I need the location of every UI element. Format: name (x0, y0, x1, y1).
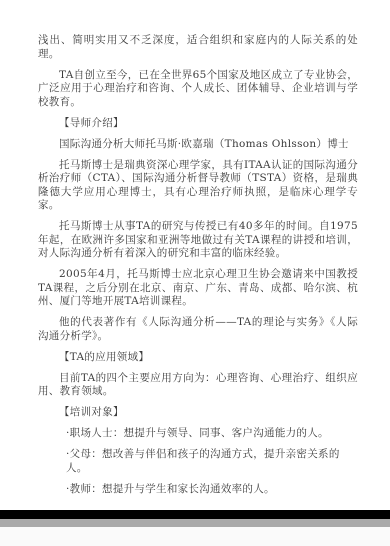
paragraph-ta-history: TA自创立至今，已在全世界65个国家及地区成立了专业协会，广泛应用于心理治疗和咨… (38, 69, 358, 110)
paragraph-instructor-publications: 他的代表著作有《人际沟通分析——TA的理论与实务》《人际沟通分析学》。 (38, 316, 358, 343)
below-page-area (0, 527, 390, 546)
paragraph-ta-application-directions: 目前TA的四个主要应用方向为：心理咨询、心理治疗、组织应用、教育领域。 (38, 372, 358, 399)
paragraph-instructor-credentials: 托马斯博士是瑞典资深心理学家，具有ITAA认证的国际沟通分析治疗师（CTA）、国… (38, 159, 358, 213)
paragraph-instructor-china-courses: 2005年4月，托马斯博士应北京心理卫生协会邀请来中国教授TA课程，之后分别在北… (38, 268, 358, 309)
bullet-item-professionals: ·职场人士：想提升与领导、同事、客户沟通能力的人。 (38, 427, 358, 441)
document-page: 浅出、简明实用又不乏深度，适合组织和家庭内的人际关系的处理。 TA自创立至今，已… (0, 0, 390, 510)
paragraph-instructor-experience: 托马斯博士从事TA的研究与传授已有40多年的时间。自1975年起，在欧洲许多国家… (38, 220, 358, 261)
paragraph-instructor-name: 国际沟通分析大师托马斯·欧嘉瑞（Thomas Ohlsson）博士 (38, 138, 358, 152)
section-heading-instructor-intro: 【导师介绍】 (38, 117, 358, 131)
paragraph-continuation: 浅出、简明实用又不乏深度，适合组织和家庭内的人际关系的处理。 (38, 34, 358, 61)
bullet-item-teachers: ·教师：想提升与学生和家长沟通效率的人。 (38, 483, 358, 497)
document-viewer: 浅出、简明实用又不乏深度，适合组织和家庭内的人际关系的处理。 TA自创立至今，已… (0, 0, 390, 546)
page-bottom-edge-black (0, 510, 390, 519)
section-heading-ta-application-fields: 【TA的应用领域】 (38, 351, 358, 365)
bullet-item-parents: ·父母：想改善与伴侣和孩子的沟通方式，提升亲密关系的人。 (38, 448, 358, 475)
page-bottom-edge-shadow (0, 519, 390, 527)
section-heading-training-audience: 【培训对象】 (38, 406, 358, 420)
